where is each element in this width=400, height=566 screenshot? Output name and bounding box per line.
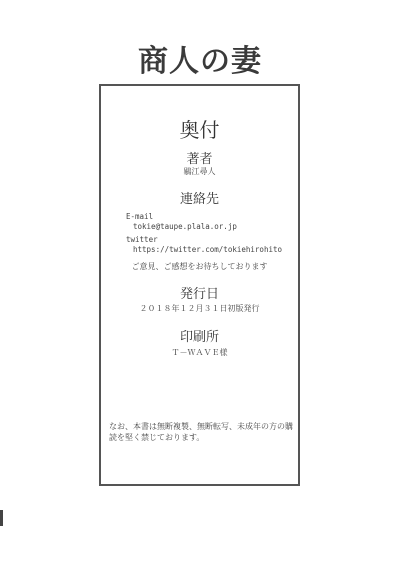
twitter-url[interactable]: https://twitter.com/tokiehirohito — [133, 245, 282, 254]
book-title: 商人の妻 — [0, 36, 400, 80]
contact-message: ご意見、ご感想をお待ちしております — [101, 261, 298, 272]
publish-date-value: ２０１８年１２月３１日初版発行 — [101, 303, 298, 314]
publish-date-label: 発行日 — [101, 283, 298, 302]
colophon-heading: 奥付 — [101, 114, 298, 143]
printer-value: Ｔ－ＷＡＶＥ様 — [101, 347, 298, 358]
page-edge-mark — [0, 510, 3, 526]
author-label: 著者 — [101, 148, 298, 167]
email-label: E-mail — [126, 212, 153, 221]
legal-notice: なお、本書は無断複製、無断転写、未成年の方の購読を堅く禁じております。 — [109, 421, 294, 443]
contact-label: 連絡先 — [101, 188, 298, 207]
author-name: 鶍江尋人 — [101, 166, 298, 177]
email-value[interactable]: tokie@taupe.plala.or.jp — [133, 222, 237, 231]
colophon-box: 奥付 著者 鶍江尋人 連絡先 E-mail tokie@taupe.plala.… — [99, 84, 300, 486]
twitter-label: twitter — [126, 235, 158, 244]
printer-label: 印刷所 — [101, 326, 298, 345]
